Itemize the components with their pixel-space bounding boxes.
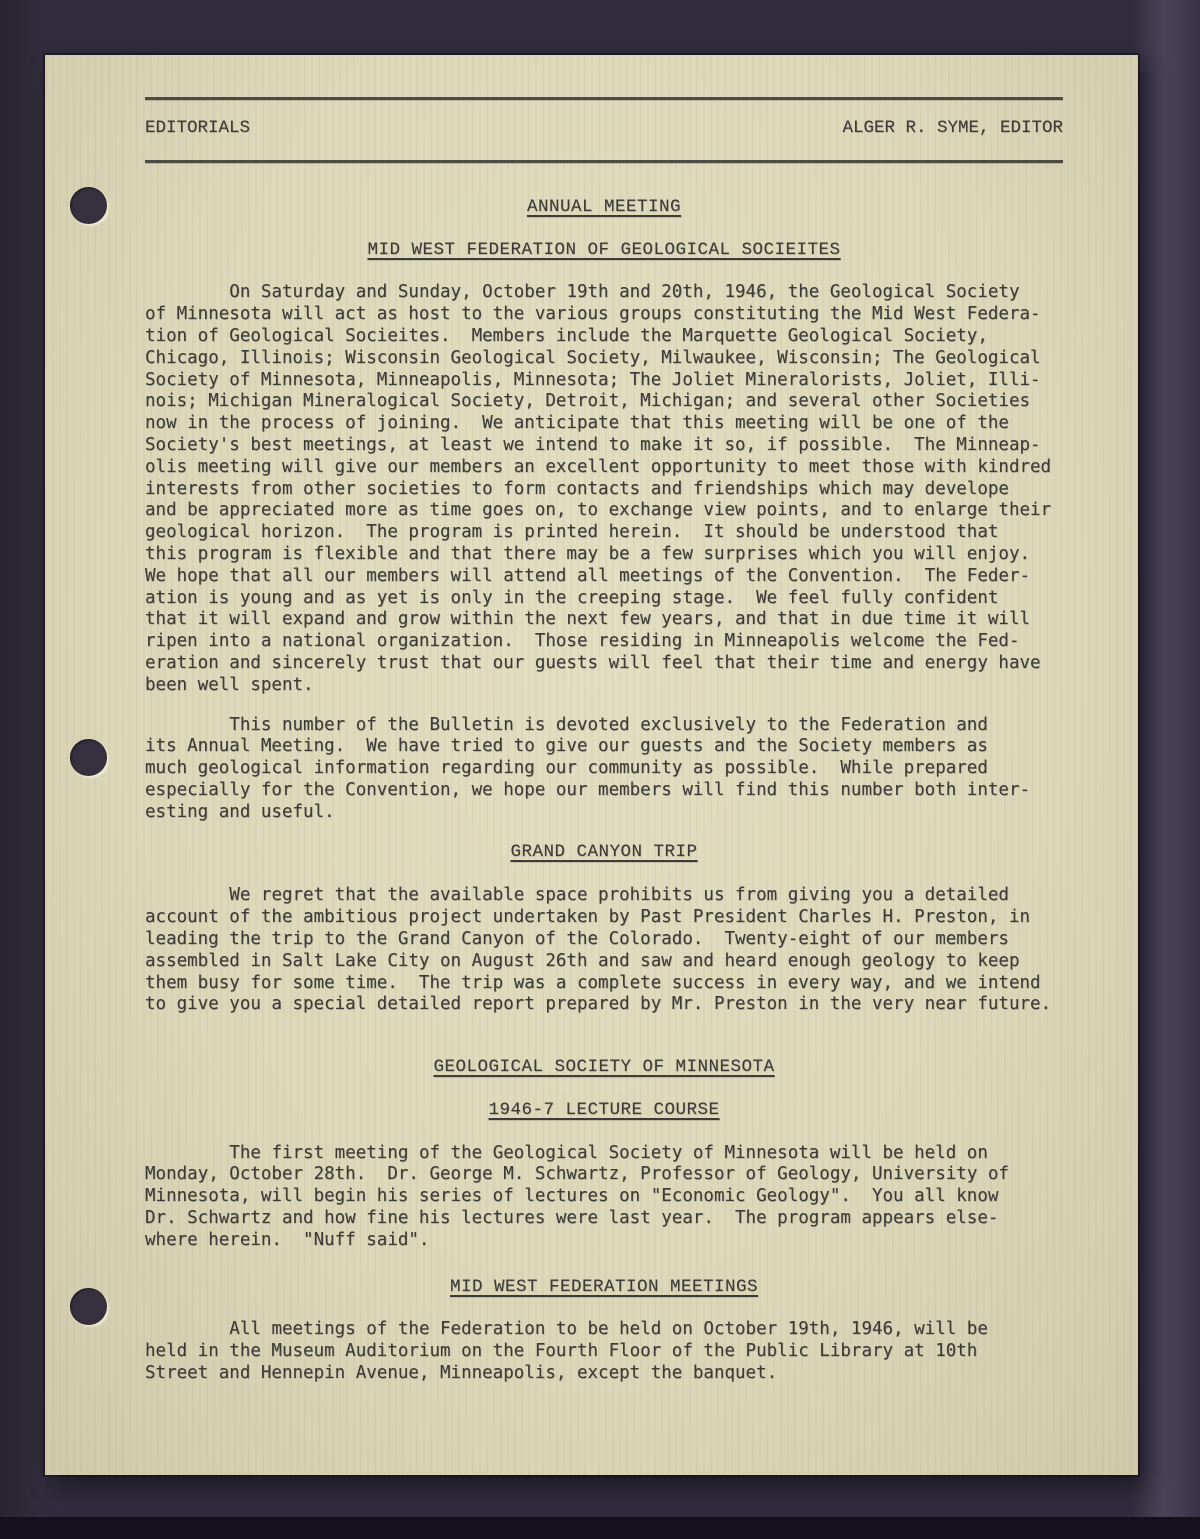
- section-subheading-mid-west-federation: MID WEST FEDERATION OF GEOLOGICAL SOCIEI…: [145, 240, 1063, 262]
- background-bottom-strip: [0, 1517, 1200, 1539]
- paragraph: We regret that the available space prohi…: [145, 885, 1063, 1016]
- page-content: EDITORIALS ALGER R. SYME, EDITOR ANNUAL …: [45, 55, 1138, 1385]
- masthead: EDITORIALS ALGER R. SYME, EDITOR: [145, 118, 1063, 140]
- paragraph: The first meeting of the Geological Soci…: [145, 1143, 1063, 1252]
- section-heading-grand-canyon-trip: GRAND CANYON TRIP: [145, 842, 1063, 864]
- book-spine-shading: [1134, 0, 1200, 1539]
- paragraph: On Saturday and Sunday, October 19th and…: [145, 282, 1063, 696]
- section-heading-geological-society-of-minnesota: GEOLOGICAL SOCIETY OF MINNESOTA: [145, 1057, 1063, 1079]
- paragraph: All meetings of the Federation to be hel…: [145, 1319, 1063, 1384]
- photo-background: EDITORIALS ALGER R. SYME, EDITOR ANNUAL …: [0, 0, 1200, 1539]
- masthead-top-rule: [145, 97, 1063, 100]
- section-heading-annual-meeting: ANNUAL MEETING: [145, 197, 1063, 219]
- document-page: EDITORIALS ALGER R. SYME, EDITOR ANNUAL …: [45, 55, 1138, 1475]
- paragraph: This number of the Bulletin is devoted e…: [145, 715, 1063, 824]
- masthead-bottom-rule: [145, 160, 1063, 163]
- masthead-section-label: EDITORIALS: [145, 118, 250, 140]
- background-left-shading: [0, 0, 45, 1539]
- section-subheading-lecture-course: 1946-7 LECTURE COURSE: [145, 1100, 1063, 1122]
- section-heading-mid-west-federation-meetings: MID WEST FEDERATION MEETINGS: [145, 1277, 1063, 1299]
- masthead-editor-label: ALGER R. SYME, EDITOR: [842, 118, 1063, 140]
